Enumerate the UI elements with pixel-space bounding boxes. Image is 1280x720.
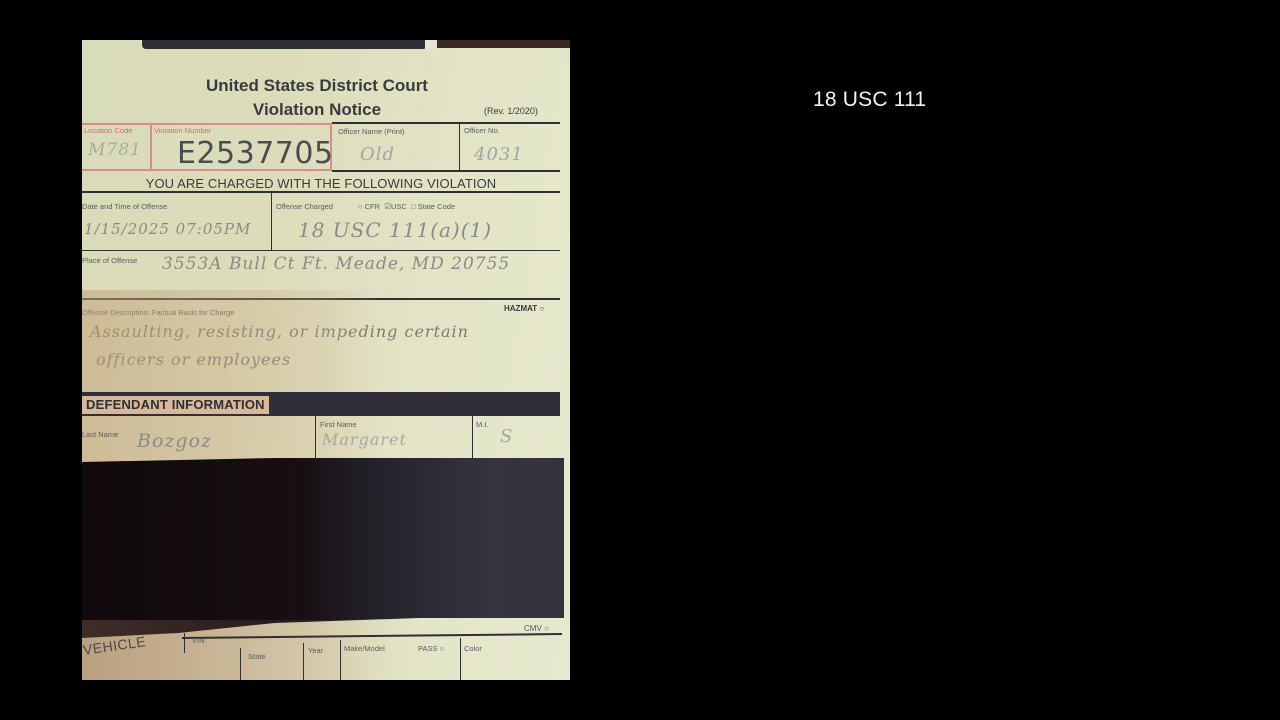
location-code-value: M781 (88, 140, 142, 160)
court-title: United States District Court (82, 76, 552, 96)
caption-text: 18 USC 111 (813, 88, 926, 112)
divider (332, 170, 560, 172)
mi-label: M.I. (476, 420, 489, 429)
option-cfr: CFR (365, 202, 380, 211)
mi-value: S (500, 426, 513, 447)
officer-no-label: Officer No. (464, 126, 500, 135)
divider (271, 193, 272, 251)
background-strip (142, 40, 427, 49)
description-line-2: officers or employees (96, 350, 291, 369)
divider (340, 640, 341, 680)
last-name-label: Last Name (82, 430, 118, 439)
first-name-value: Margaret (322, 430, 407, 449)
divider (472, 416, 473, 458)
violation-number-value: E2537705 (177, 136, 334, 171)
divider (150, 123, 152, 171)
description-line-1: Assaulting, resisting, or impeding certa… (90, 322, 469, 341)
violation-notice-photo: United States District Court Violation N… (82, 40, 570, 680)
date-time-label: Date and Time of Offense (82, 202, 167, 211)
charged-banner: YOU ARE CHARGED WITH THE FOLLOWING VIOLA… (82, 176, 560, 191)
hazmat-checkbox: HAZMAT ○ (504, 304, 544, 313)
divider (315, 416, 316, 458)
cmv-checkbox: CMV ○ (524, 624, 549, 633)
officer-name-value: Old (360, 144, 395, 165)
first-name-label: First Name (320, 420, 357, 429)
divider (82, 298, 560, 300)
notice-title: Violation Notice (82, 100, 552, 120)
divider (459, 123, 460, 171)
state-label: State (248, 652, 266, 661)
officer-name-label: Officer Name (Print) (338, 127, 405, 136)
redaction-block (82, 458, 564, 638)
divider (332, 122, 560, 124)
divider (82, 191, 560, 193)
description-label: Offense Description: Factual Basis for C… (82, 308, 234, 317)
divider (184, 633, 185, 653)
offense-charged-label: Offense Charged (276, 202, 333, 211)
divider (460, 638, 461, 680)
year-label: Year (308, 646, 323, 655)
pass-checkbox: PASS ○ (418, 644, 444, 653)
divider (82, 250, 560, 251)
last-name-value: Bozgoz (137, 430, 212, 452)
make-model-label: Make/Model (344, 644, 385, 653)
offense-type-options: ○ CFR ☑USC □ State Code (358, 202, 455, 211)
divider (240, 648, 241, 680)
offense-charged-value: 18 USC 111(a)(1) (298, 218, 492, 242)
vin-label: VIN (192, 636, 205, 645)
lighting-overlay (82, 620, 570, 680)
option-state-code: State Code (418, 202, 456, 211)
cmv-label: CMV (524, 624, 542, 633)
violation-number-label: Violation Number (154, 126, 211, 135)
paper-tab (425, 40, 437, 50)
place-label: Place of Offense (82, 256, 137, 265)
officer-no-value: 4031 (474, 144, 524, 165)
date-time-value: 1/15/2025 07:05PM (84, 220, 251, 238)
divider (303, 643, 304, 680)
place-value: 3553A Bull Ct Ft. Meade, MD 20755 (162, 254, 510, 274)
hazmat-label: HAZMAT (504, 304, 537, 313)
defendant-section-label: DEFENDANT INFORMATION (82, 396, 269, 414)
revision-label: (Rev. 1/2020) (484, 106, 538, 116)
location-code-label: Location Code (84, 126, 132, 135)
background-strip-right (437, 40, 570, 48)
color-label: Color (464, 644, 482, 653)
pass-label: PASS (418, 644, 437, 653)
option-usc: USC (391, 202, 407, 211)
